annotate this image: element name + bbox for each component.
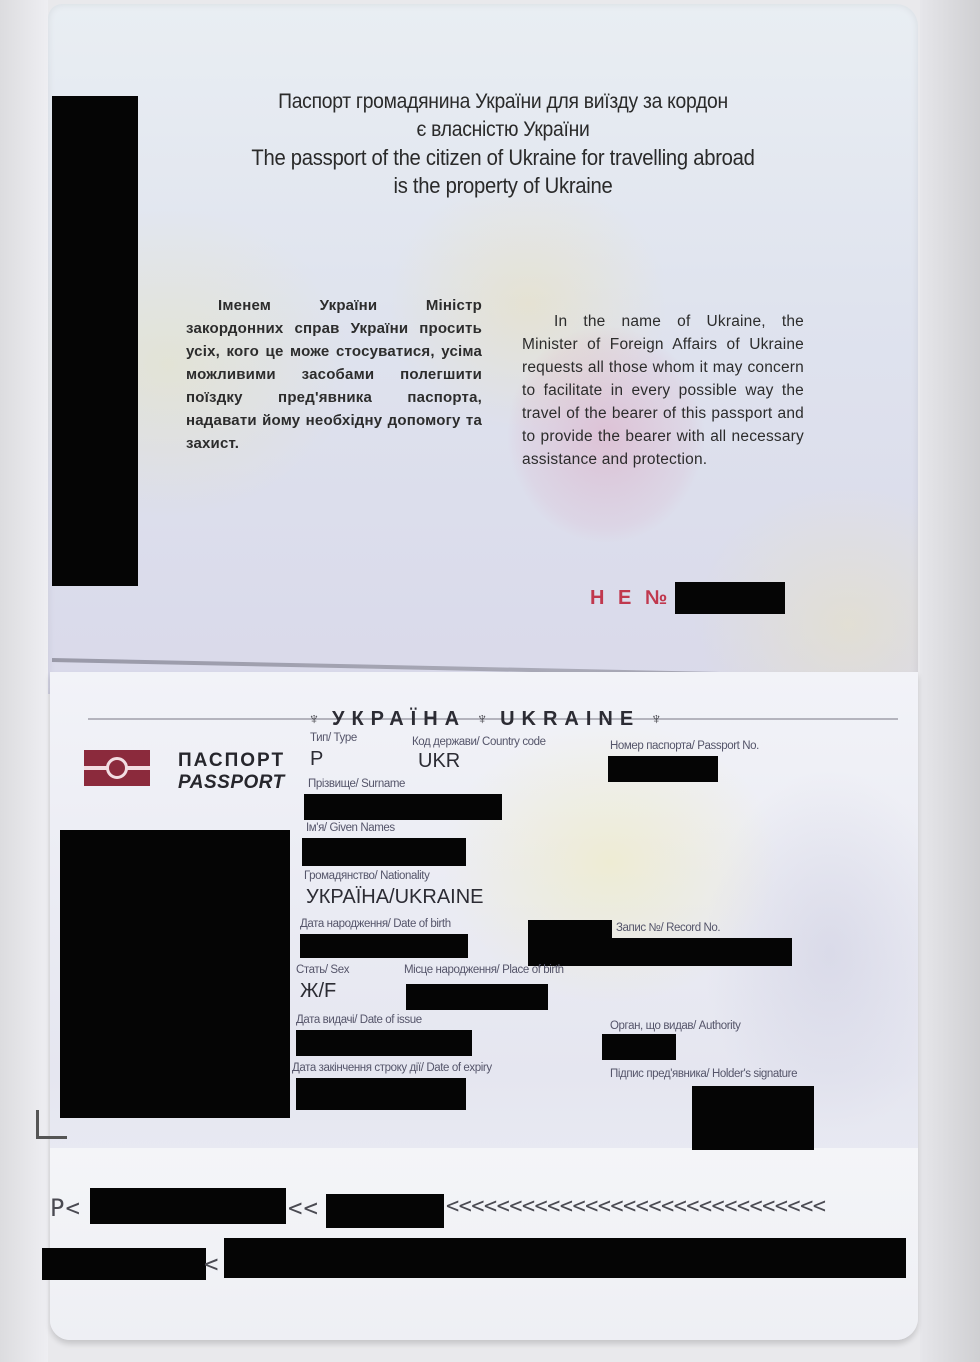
title-en-line2: is the property of Ukraine <box>204 172 802 200</box>
redacted-record-no <box>528 938 792 966</box>
surname-label: Прізвище/ Surname <box>308 778 405 790</box>
redacted-given-names <box>302 838 466 866</box>
biometric-passport-icon <box>84 750 150 786</box>
place-of-birth-label: Місце народження/ Place of birth <box>404 964 564 976</box>
serial-label: Н Е № <box>590 587 671 610</box>
date-of-birth-label: Дата народження/ Date of birth <box>300 918 451 930</box>
background-left <box>0 0 48 1362</box>
redacted-date-of-issue <box>296 1030 472 1056</box>
type-value: P <box>310 748 323 771</box>
request-paragraph-en: In the name of Ukraine, the Minister of … <box>522 310 804 471</box>
redacted-date-of-birth <box>300 934 468 958</box>
holder-signature-label: Підпис пред'явника/ Holder's signature <box>610 1068 797 1080</box>
sex-value: Ж/F <box>300 980 336 1003</box>
background-right <box>920 0 980 1362</box>
serial-number: Н Е № <box>590 582 785 614</box>
redacted-mrz-line2-part1 <box>42 1248 206 1280</box>
date-of-issue-label: Дата видачі/ Date of issue <box>296 1014 422 1026</box>
title-en-line1: The passport of the citizen of Ukraine f… <box>204 144 802 172</box>
document-type-en: PASSPORT <box>178 772 285 794</box>
mrz-prefix: P< <box>50 1194 81 1222</box>
country-banner: ♆ УКРАЇНА ♆ UKRAINE ♆ <box>308 708 664 731</box>
type-label: Тип/ Type <box>310 732 357 744</box>
given-names-label: Ім'я/ Given Names <box>306 822 395 834</box>
request-paragraph-ua: Іменем України Міністр закордонних справ… <box>186 294 482 455</box>
redacted-mrz-given-name <box>326 1194 444 1228</box>
ownership-statement: Паспорт громадянина України для виїзду з… <box>178 88 828 200</box>
trident-icon: ♆ <box>650 711 664 729</box>
photo-corner-mark <box>36 1110 67 1139</box>
title-ua-line2: є власністю України <box>204 116 802 144</box>
country-code-value: UKR <box>418 750 460 773</box>
title-ua-line1: Паспорт громадянина України для виїзду з… <box>204 88 802 116</box>
redacted-surname <box>304 794 502 820</box>
record-no-label: Запис №/ Record No. <box>616 922 720 934</box>
redacted-mrz-surname <box>90 1188 286 1224</box>
passport-data-page: ♆ УКРАЇНА ♆ UKRAINE ♆ ПАСПОРТ PASSPORT Т… <box>50 672 918 1340</box>
passport-inner-cover-page: Паспорт громадянина України для виїзду з… <box>48 4 918 694</box>
redacted-photo <box>60 830 290 1118</box>
mrz-line-1: P< <box>50 1194 81 1222</box>
redacted-holder-signature <box>692 1086 814 1150</box>
passport-no-label: Номер паспорта/ Passport No. <box>610 740 759 752</box>
redacted-mrz-line2-part2 <box>224 1238 906 1278</box>
redacted-vertical-strip <box>52 96 138 586</box>
document-type-ua: ПАСПОРТ <box>178 750 285 772</box>
nationality-label: Громадянство/ Nationality <box>304 870 429 882</box>
sex-label: Стать/ Sex <box>296 964 349 976</box>
mrz-separator: << <box>288 1194 319 1222</box>
redacted-place-of-birth <box>406 984 548 1010</box>
request-text-en: In the name of Ukraine, the Minister of … <box>522 313 804 468</box>
nationality-value: УКРАЇНА/UKRAINE <box>306 886 484 909</box>
document-type: ПАСПОРТ PASSPORT <box>178 750 285 794</box>
request-text-ua: Іменем України Міністр закордонних справ… <box>186 297 482 452</box>
country-name-en: UKRAINE <box>500 708 640 731</box>
redacted-passport-no <box>608 756 718 782</box>
redacted-date-of-expiry <box>296 1078 466 1110</box>
mrz-line2-separator: < <box>204 1250 219 1278</box>
country-code-label: Код держави/ Country code <box>412 736 546 748</box>
redacted-serial-number <box>675 582 785 614</box>
date-of-expiry-label: Дата закінчення строку дії/ Date of expi… <box>292 1062 492 1074</box>
mrz-filler: <<<<<<<<<<<<<<<<<<<<<<<<<<<<<< <box>446 1194 825 1219</box>
country-name-ua: УКРАЇНА <box>332 708 466 731</box>
trident-icon: ♆ <box>476 711 490 729</box>
trident-icon: ♆ <box>308 711 322 729</box>
authority-label: Орган, що видав/ Authority <box>610 1020 740 1032</box>
redacted-authority <box>602 1034 676 1060</box>
